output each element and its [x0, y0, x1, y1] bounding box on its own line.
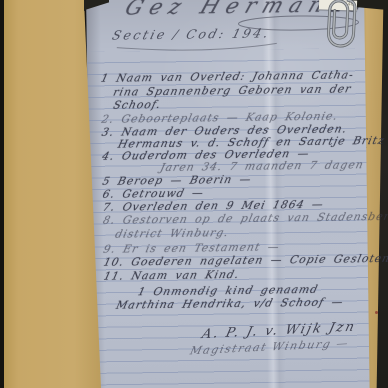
doc-line: Marthina Hendrika, v/d Schoof —: [115, 295, 345, 311]
doc-line: 11. Naam van Kind.: [102, 268, 240, 283]
document-page: Gez Hermanus Sectie / Cod: 194. 1 Naam v…: [86, 0, 370, 388]
doc-line: Schoof.: [112, 98, 163, 112]
paperclip-icon: [322, 0, 361, 53]
doc-line: 8. Gestorven op de plaats van Stadensber…: [102, 210, 388, 227]
doc-line: Jaren 34. 7 maanden 7 dagen: [159, 158, 365, 174]
doc-line: rina Spannenberg Geboren van der: [112, 82, 353, 98]
background-shadow-left: [0, 0, 4, 388]
doc-line: district Winburg.: [114, 226, 230, 241]
doc-line: 5 Beroep — Boerin —: [101, 173, 253, 188]
header-subtitle: Sectie / Cod: 194.: [111, 25, 273, 42]
red-speck: [375, 311, 378, 314]
scanned-document-photo: 4 Gez Hermanus Sectie / Cod: 194. 1 Naam…: [0, 0, 388, 388]
doc-line: 10. Goederen nagelaten — Copie Gesloten: [102, 252, 388, 269]
